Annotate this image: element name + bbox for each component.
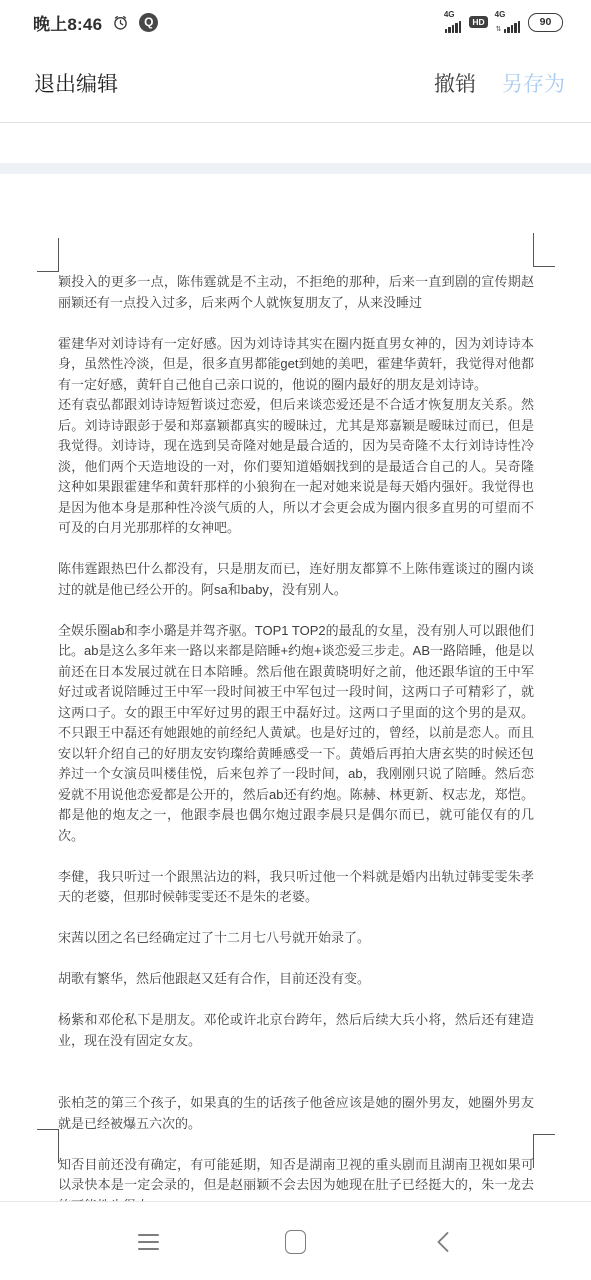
paragraph[interactable]: 全娱乐圈ab和李小璐是并驾齐驱。TOP1 TOP2的最乱的女星，没有别人可以跟他… [58, 621, 534, 847]
text-boundary-mark-bottom-left [37, 1129, 59, 1163]
paragraph[interactable]: 胡歌有繁华，然后他跟赵又廷有合作，目前还没有变。 [58, 969, 534, 990]
status-bar: 晚上8:46 Q 4G HD 4G ⇅ [0, 0, 591, 44]
save-as-button[interactable]: 另存为 [502, 68, 565, 98]
signal-bars-icon-1 [445, 20, 462, 33]
hd-volte-icon: HD [469, 16, 487, 29]
paragraph[interactable]: 张柏芝的第三个孩子，如果真的生的话孩子他爸应该是她的圈外男友，她圈外男友就是已经… [58, 1093, 534, 1134]
android-nav-bar [0, 1201, 591, 1280]
status-bar-left: 晚上8:46 Q [33, 0, 158, 44]
paragraph[interactable]: 杨紫和邓伦私下是朋友。邓伦或许北京台跨年，然后后续大兵小将，然后还有建造业，现在… [58, 1010, 534, 1051]
paragraph[interactable]: 霍建华对刘诗诗有一定好感。因为刘诗诗其实在圈内挺直男女神的，因为刘诗诗本身，虽然… [58, 334, 534, 396]
battery-icon: 90 [528, 13, 563, 32]
page-break-strip [0, 163, 591, 174]
signal-1: 4G [445, 11, 462, 33]
back-icon[interactable] [430, 1230, 456, 1254]
exit-edit-button[interactable]: 退出编辑 [34, 68, 118, 98]
q-app-icon: Q [139, 13, 158, 32]
edit-toolbar: 退出编辑 撤销 另存为 [0, 44, 591, 123]
toolbar-right-actions: 撤销 另存为 [434, 68, 565, 98]
signal-2: 4G ⇅ [496, 11, 520, 33]
document-page[interactable]: 颖投入的更多一点，陈伟霆就是不主动，不拒绝的那种，后来一直到剧的宣传期赵丽颖还有… [0, 123, 591, 1202]
signal-bars-icon-2: ⇅ [496, 20, 520, 33]
data-arrows-icon: ⇅ [496, 26, 502, 33]
clock-time: 晚上8:46 [33, 10, 102, 35]
text-boundary-mark-top-left [37, 238, 59, 272]
screen: 晚上8:46 Q 4G HD 4G ⇅ [0, 0, 591, 1280]
status-bar-right: 4G HD 4G ⇅ 90 [445, 0, 563, 44]
text-boundary-mark-top-right [533, 233, 555, 267]
paragraph[interactable]: 李健，我只听过一个跟黑沾边的料，我只听过他一个料就是婚内出轨过韩雯雯朱孝天的老婆… [58, 867, 534, 908]
network-type-label-1: 4G [444, 11, 455, 19]
paragraph[interactable]: 宋茜以团之名已经确定过了十二月七八号就开始录了。 [58, 928, 534, 949]
undo-button[interactable]: 撤销 [434, 68, 476, 98]
text-boundary-mark-bottom-right [533, 1134, 555, 1168]
recents-menu-icon[interactable] [135, 1230, 161, 1254]
document-text[interactable]: 颖投入的更多一点，陈伟霆就是不主动，不拒绝的那种，后来一直到剧的宣传期赵丽颖还有… [58, 272, 534, 1216]
paragraph[interactable]: 颖投入的更多一点，陈伟霆就是不主动，不拒绝的那种，后来一直到剧的宣传期赵丽颖还有… [58, 272, 534, 313]
network-type-label-2: 4G [495, 11, 506, 19]
paragraph[interactable]: 陈伟霆跟热巴什么都没有，只是朋友而已，连好朋友都算不上陈伟霆谈过的圈内谈过的就是… [58, 559, 534, 600]
alarm-clock-icon [112, 14, 129, 31]
paragraph[interactable]: 还有袁弘都跟刘诗诗短暂谈过恋爱，但后来谈恋爱还是不合适才恢复朋友关系。然后。刘诗… [58, 395, 534, 539]
home-icon[interactable] [282, 1230, 308, 1254]
